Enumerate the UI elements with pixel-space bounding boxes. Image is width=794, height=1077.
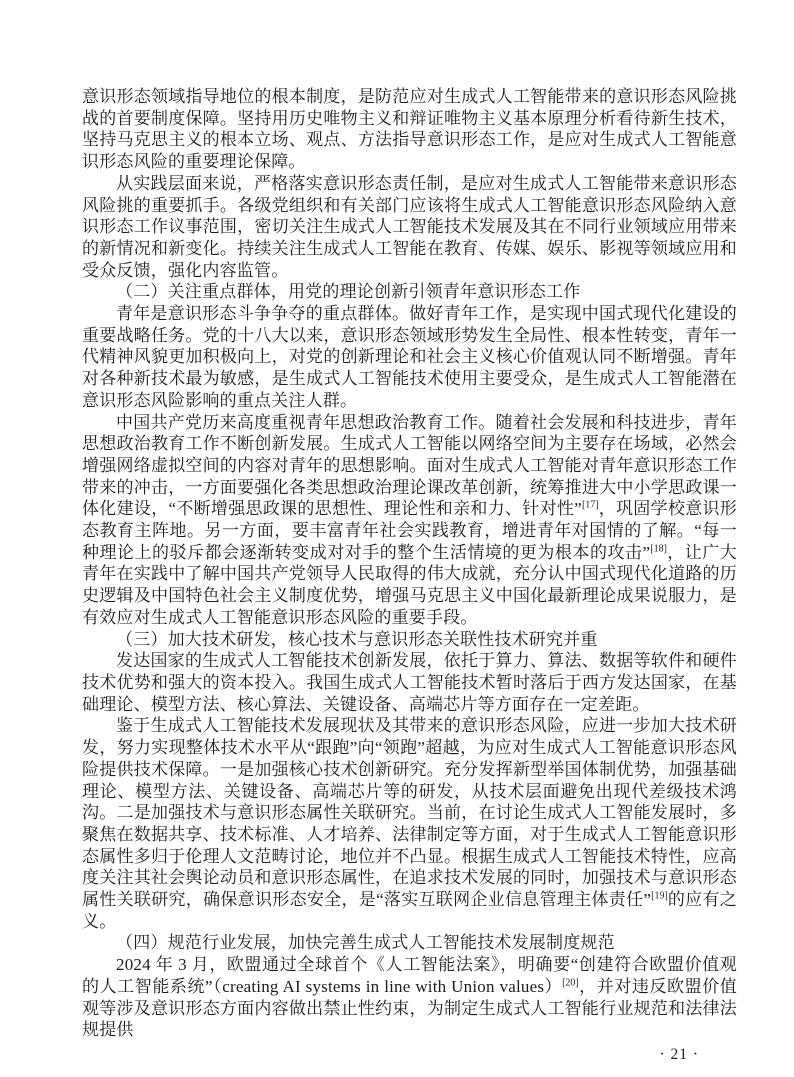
page-number: · 21 · [82,1044,737,1065]
text-run: 从实践层面来说，严格落实意识形态责任制，是应对生成式人工智能带来意识形态风险挑的… [82,174,737,280]
section-heading: （二）关注重点群体，用党的理论创新引领青年意识形态工作 [82,281,737,303]
paragraph: 2024 年 3 月，欧盟通过全球首个《人工智能法案》，明确要“创建符合欧盟价值… [82,954,737,1041]
paragraph: 中国共产党历来高度重视青年思想政治教育工作。随着社会发展和科技进步，青年思想政治… [82,412,737,629]
text-run: 意识形态领域指导地位的根本制度，是防范应对生成式人工智能带来的意识形态风险挑战的… [82,87,737,171]
text-run: （三）加大技术研发，核心技术与意识形态关联性技术研究并重 [116,630,598,649]
footnote-reference: [18] [650,543,667,554]
section-heading: （四）规范行业发展，加快完善生成式人工智能技术发展制度规范 [82,932,737,954]
paragraph: 青年是意识形态斗争争夺的重点群体。做好青年工作，是实现中国式现代化建设的重要战略… [82,303,737,412]
paragraph: 意识形态领域指导地位的根本制度，是防范应对生成式人工智能带来的意识形态风险挑战的… [82,86,737,173]
text-run: （四）规范行业发展，加快完善生成式人工智能技术发展制度规范 [116,933,615,952]
footnote-reference: [20] [562,977,579,988]
text-run: 青年是意识形态斗争争夺的重点群体。做好青年工作，是实现中国式现代化建设的重要战略… [82,304,737,410]
text-run: 发达国家的生成式人工智能技术创新发展，依托于算力、算法、数据等软件和硬件技术优势… [82,651,737,713]
footnote-reference: [17] [582,500,599,511]
paragraph: 从实践层面来说，严格落实意识形态责任制，是应对生成式人工智能带来意识形态风险挑的… [82,173,737,282]
paragraph: 鉴于生成式人工智能技术发展现状及其带来的意识形态风险，应进一步加大技术研发，努力… [82,715,737,932]
document-body: 意识形态领域指导地位的根本制度，是防范应对生成式人工智能带来的意识形态风险挑战的… [82,86,737,1041]
section-heading: （三）加大技术研发，核心技术与意识形态关联性技术研究并重 [82,629,737,651]
text-run: （二）关注重点群体，用党的理论创新引领青年意识形态工作 [116,282,580,301]
footnote-reference: [19] [651,890,668,901]
document-page: 意识形态领域指导地位的根本制度，是防范应对生成式人工智能带来的意识形态风险挑战的… [0,0,794,1077]
paragraph: 发达国家的生成式人工智能技术创新发展，依托于算力、算法、数据等软件和硬件技术优势… [82,650,737,715]
text-run: 鉴于生成式人工智能技术发展现状及其带来的意识形态风险，应进一步加大技术研发，努力… [82,716,737,909]
